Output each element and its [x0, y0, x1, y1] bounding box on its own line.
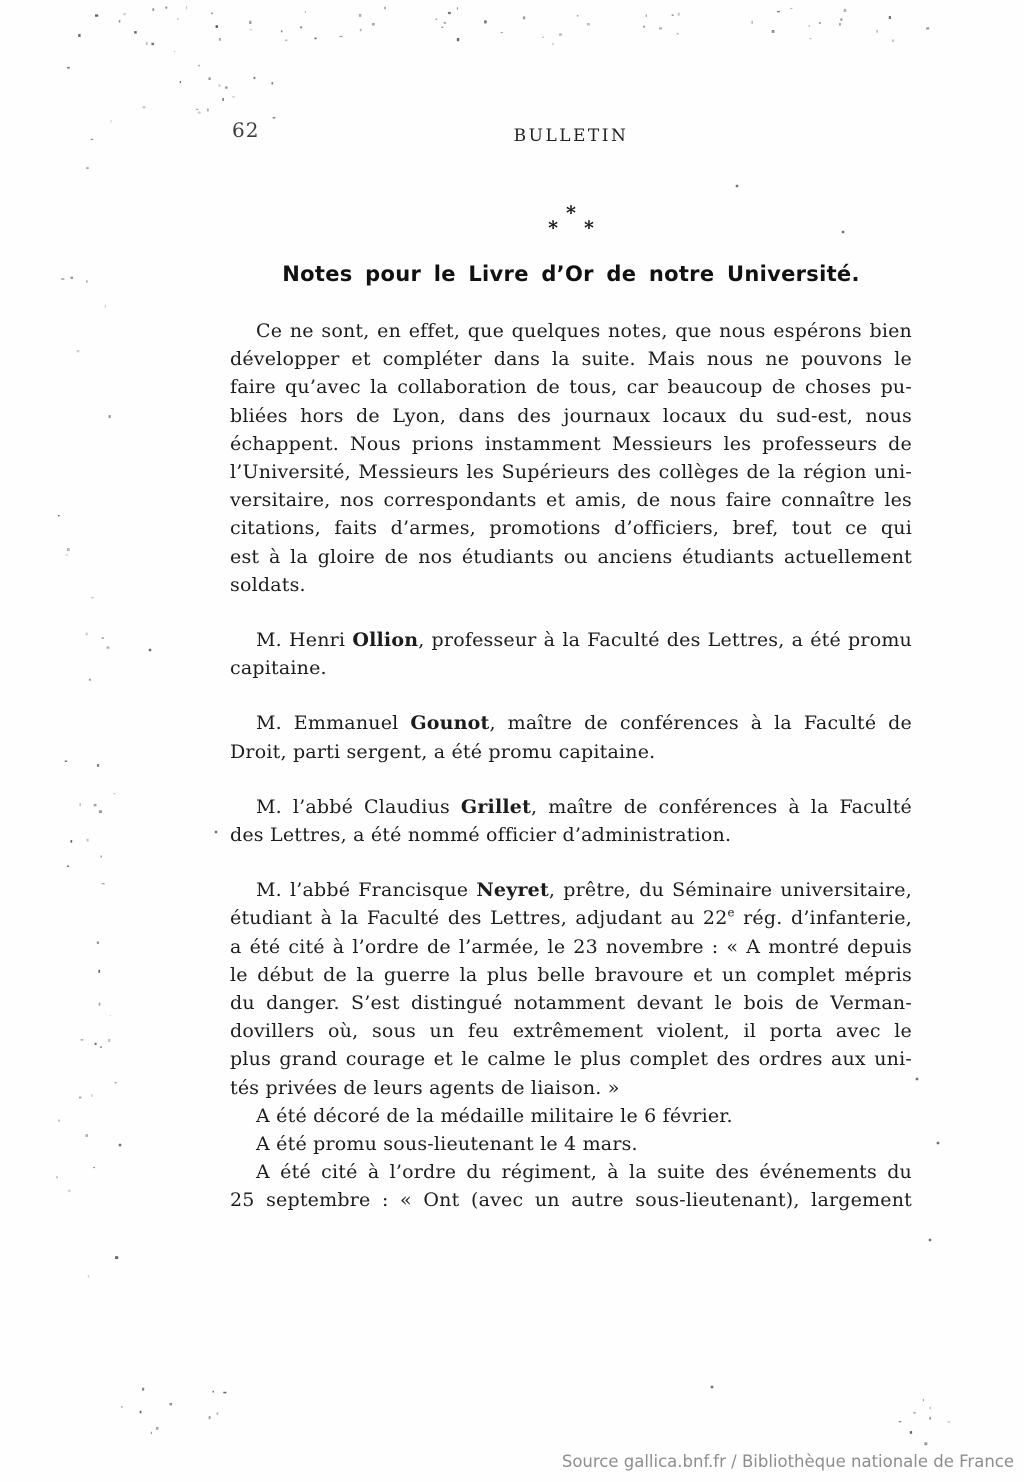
paragraph: A été décoré de la médaille militaire le… — [230, 1102, 912, 1130]
paragraph: A été promu sous-lieutenant le 4 mars. — [230, 1130, 912, 1158]
text-line: plus grand courage et le calme le plus c… — [230, 1045, 912, 1073]
text-line: tés privées de leurs agents de liaison. … — [230, 1074, 912, 1102]
paragraph: M. l’abbé Claudius Grillet, maître de co… — [230, 793, 912, 849]
asterisk-top: * — [230, 206, 912, 221]
text-line: l’Université, Messieurs les Supérieurs d… — [230, 458, 912, 486]
text-line: capitaine. — [230, 654, 912, 682]
text-line: Ce ne sont, en effet, que quelques notes… — [230, 317, 912, 345]
text-line: faire qu’avec la collaboration de tous, … — [230, 373, 912, 401]
text-line: A été promu sous-lieutenant le 4 mars. — [230, 1130, 912, 1158]
paragraph: A été cité à l’ordre du régiment, à la s… — [230, 1158, 912, 1214]
running-header: BULLETIN — [230, 126, 912, 146]
text-line: développer et compléter dans la suite. M… — [230, 345, 912, 373]
text-line: A été cité à l’ordre du régiment, à la s… — [230, 1158, 912, 1186]
text-line: M. l’abbé Francisque Neyret, prêtre, du … — [230, 876, 912, 904]
text-line: Droit, parti sergent, a été promu capita… — [230, 738, 912, 766]
text-line: bliées hors de Lyon, dans des journaux l… — [230, 402, 912, 430]
paragraph: M. l’abbé Francisque Neyret, prêtre, du … — [230, 876, 912, 1102]
text-line: le début de la guerre la plus belle brav… — [230, 961, 912, 989]
text-line: 25 septembre : « Ont (avec un autre sous… — [230, 1186, 912, 1214]
body-text: Ce ne sont, en effet, que quelques notes… — [230, 317, 912, 1215]
text-line: a été cité à l’ordre de l’armée, le 23 n… — [230, 933, 912, 961]
text-line: versitaire, nos correspondants et amis, … — [230, 486, 912, 514]
text-line: dovillers où, sous un feu extrêmement vi… — [230, 1017, 912, 1045]
text-line: M. l’abbé Claudius Grillet, maître de co… — [230, 793, 912, 821]
text-line: des Lettres, a été nommé officier d’admi… — [230, 821, 912, 849]
asterism-separator: * ** — [230, 206, 912, 236]
asterisk-row: ** — [230, 221, 912, 236]
gallica-source-credit: Source gallica.bnf.fr / Bibliothèque nat… — [562, 1452, 1014, 1471]
paragraph: M. Henri Ollion, professeur à la Faculté… — [230, 626, 912, 682]
text-line: M. Henri Ollion, professeur à la Faculté… — [230, 626, 912, 654]
text-line: soldats. — [230, 571, 912, 599]
text-line: du danger. S’est distingué notamment dev… — [230, 989, 912, 1017]
text-line: M. Emmanuel Gounot, maître de conférence… — [230, 709, 912, 737]
asterisk-left: * — [548, 217, 558, 239]
section-title: Notes pour le Livre d’Or de notre Univer… — [230, 262, 912, 286]
scanned-document-page: 62 BULLETIN * ** Notes pour le Livre d’O… — [0, 0, 1024, 1482]
paragraph: M. Emmanuel Gounot, maître de conférence… — [230, 709, 912, 765]
text-line: étudiant à la Faculté des Lettres, adjud… — [230, 904, 912, 932]
text-line: A été décoré de la médaille militaire le… — [230, 1102, 912, 1130]
text-line: citations, faits d’armes, promotions d’o… — [230, 514, 912, 542]
text-line: est à la gloire de nos étudiants ou anci… — [230, 543, 912, 571]
asterisk-right: * — [584, 217, 594, 239]
text-line: échappent. Nous prions instamment Messie… — [230, 430, 912, 458]
paragraph: Ce ne sont, en effet, que quelques notes… — [230, 317, 912, 599]
